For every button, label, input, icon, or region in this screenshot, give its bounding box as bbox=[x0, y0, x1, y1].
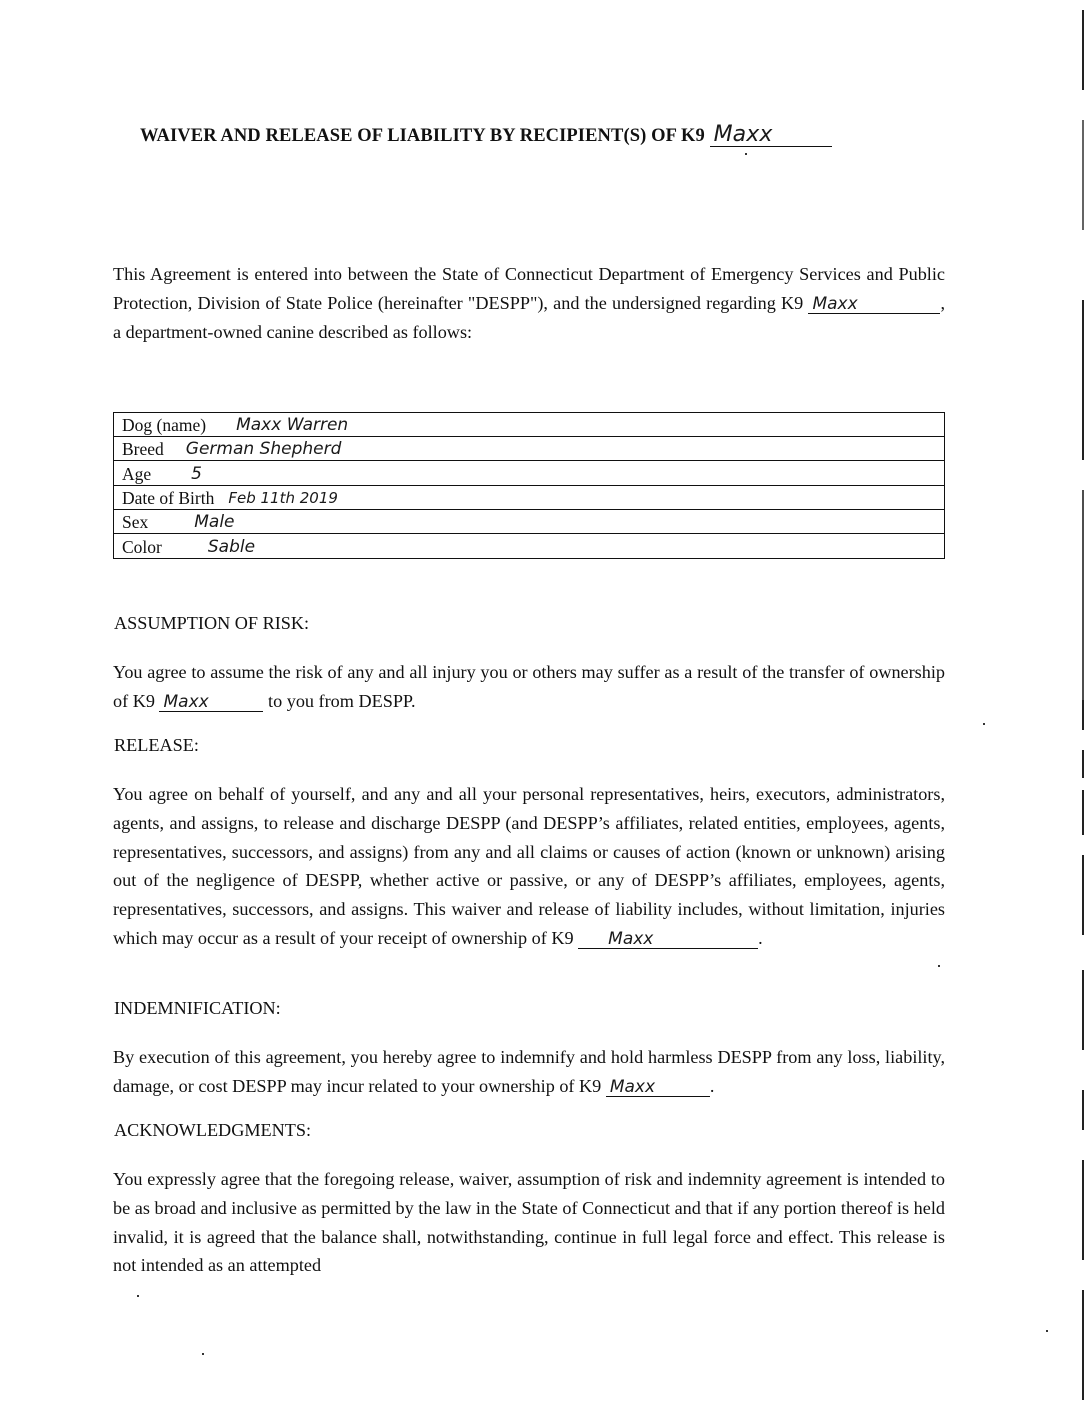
table-row: Breed German Shepherd bbox=[114, 437, 944, 461]
assumption-paragraph: You agree to assume the risk of any and … bbox=[113, 658, 945, 716]
document-title: WAIVER AND RELEASE OF LIABILITY BY RECIP… bbox=[140, 124, 940, 147]
indemnification-text: By execution of this agreement, you here… bbox=[113, 1047, 945, 1096]
row-value: Sable bbox=[162, 536, 255, 558]
acknowledgments-paragraph: You expressly agree that the foregoing r… bbox=[113, 1165, 945, 1280]
row-label: Dog (name) bbox=[114, 414, 206, 436]
row-label: Date of Birth bbox=[114, 487, 214, 509]
scan-artifact bbox=[1082, 1090, 1084, 1130]
release-paragraph: You agree on behalf of yourself, and any… bbox=[113, 780, 945, 953]
row-value: Feb 11th 2019 bbox=[214, 487, 338, 509]
scan-speck bbox=[137, 1295, 139, 1297]
row-value: 5 bbox=[151, 463, 202, 485]
indemnification-heading: INDEMNIFICATION: bbox=[114, 998, 281, 1019]
indemnification-text-end: . bbox=[710, 1076, 715, 1096]
release-text: You agree on behalf of yourself, and any… bbox=[113, 784, 945, 948]
scan-speck bbox=[202, 1353, 204, 1355]
scan-artifact bbox=[1082, 1290, 1084, 1400]
row-label: Sex bbox=[114, 511, 148, 533]
release-heading: RELEASE: bbox=[114, 735, 199, 756]
row-label: Color bbox=[114, 536, 162, 558]
scan-artifact bbox=[1082, 700, 1084, 730]
table-row: Dog (name) Maxx Warren bbox=[114, 413, 944, 437]
scan-artifact bbox=[1082, 970, 1084, 1050]
scan-artifact bbox=[1082, 490, 1084, 700]
indemnification-paragraph: By execution of this agreement, you here… bbox=[113, 1043, 945, 1101]
scan-speck bbox=[745, 153, 747, 155]
scan-artifact bbox=[1082, 855, 1084, 935]
acknowledgments-heading: ACKNOWLEDGMENTS: bbox=[114, 1120, 311, 1141]
scan-artifact bbox=[1082, 10, 1084, 90]
intro-k9-name-field: Maxx bbox=[808, 296, 940, 314]
scan-artifact bbox=[1082, 120, 1084, 230]
release-text-end: . bbox=[758, 928, 763, 948]
scan-artifact bbox=[1082, 790, 1084, 835]
table-row: Age 5 bbox=[114, 461, 944, 485]
row-value: Maxx Warren bbox=[206, 414, 348, 436]
row-label: Age bbox=[114, 463, 151, 485]
row-label: Breed bbox=[114, 438, 164, 460]
row-value: Male bbox=[148, 511, 234, 533]
intro-paragraph: This Agreement is entered into between t… bbox=[113, 260, 945, 346]
scan-speck bbox=[938, 965, 940, 967]
table-row: Color Sable bbox=[114, 534, 944, 558]
table-row: Sex Male bbox=[114, 510, 944, 534]
indemnification-k9-name-field: Maxx bbox=[606, 1079, 710, 1097]
title-text: WAIVER AND RELEASE OF LIABILITY BY RECIP… bbox=[140, 126, 705, 146]
table-row: Date of Birth Feb 11th 2019 bbox=[114, 486, 944, 510]
assumption-k9-name-field: Maxx bbox=[159, 694, 263, 712]
waiver-page: WAIVER AND RELEASE OF LIABILITY BY RECIP… bbox=[0, 0, 1088, 1408]
title-k9-name-field: Maxx bbox=[710, 124, 832, 147]
scan-speck bbox=[1046, 1330, 1048, 1332]
release-k9-name-field: Maxx bbox=[578, 931, 758, 949]
scan-artifact bbox=[1082, 750, 1084, 778]
scan-artifact bbox=[1082, 1160, 1084, 1260]
scan-artifact bbox=[1082, 300, 1084, 460]
scan-speck bbox=[983, 723, 985, 725]
assumption-heading: ASSUMPTION OF RISK: bbox=[114, 613, 309, 634]
assumption-text-end: to you from DESPP. bbox=[268, 691, 416, 711]
row-value: German Shepherd bbox=[164, 438, 342, 460]
dog-description-table: Dog (name) Maxx Warren Breed German Shep… bbox=[113, 412, 945, 559]
